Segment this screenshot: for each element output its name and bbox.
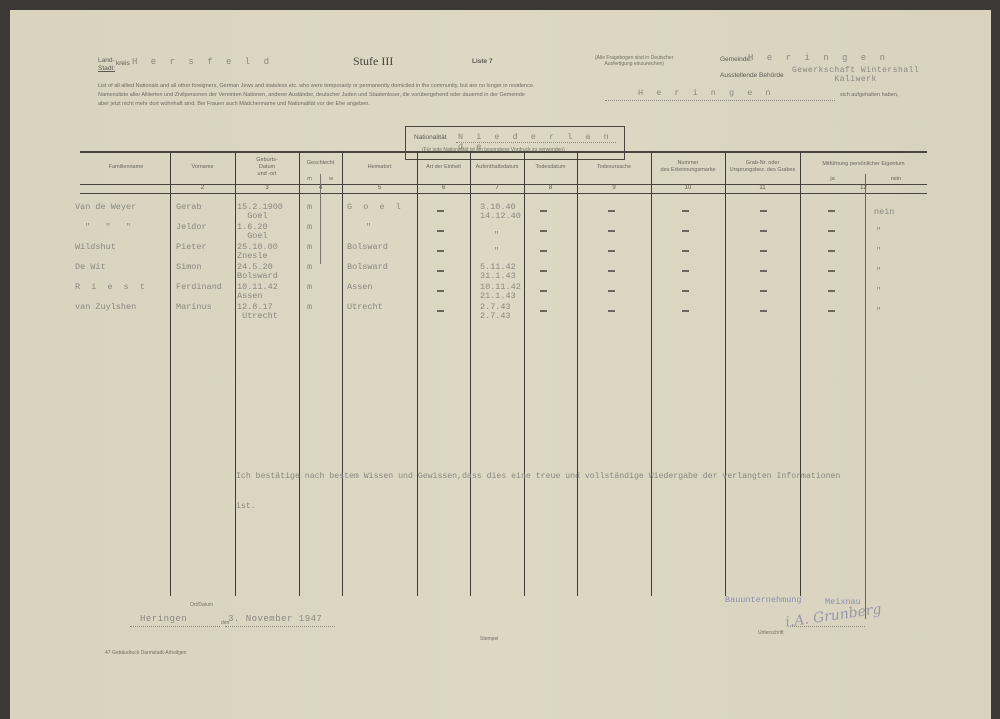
cell-geburt: 25.10.00 Znesle: [237, 243, 278, 261]
cell-heimatort: G o e l: [347, 203, 404, 212]
cell-familienname: R i e s t: [75, 283, 148, 292]
cell-geburt: 10.11.42 Assen: [237, 283, 278, 301]
unterschrift-label: Unterschrift: [758, 630, 784, 636]
cell-geschlecht: m: [307, 283, 312, 292]
cell-todesdatum-dash: [540, 230, 547, 232]
cell-erkennungsmarke-dash: [682, 210, 689, 212]
cell-geburt: 15.2.1900 Goel: [237, 203, 283, 221]
cell-erkennungsmarke-dash: [682, 310, 689, 312]
cell-grab-dash: [760, 230, 767, 232]
col-sub-w: w: [320, 176, 342, 183]
cell-todesursache-dash: [608, 310, 615, 312]
col-num: 4: [299, 185, 342, 191]
cell-eigentum-nein: ": [876, 227, 881, 236]
cell-vorname: Pieter: [176, 243, 207, 252]
printer-note: 47 Gebäudruck Darmstadt-Arheilgen: [105, 650, 186, 656]
col-header-vorname: Vorname: [170, 164, 235, 171]
cell-vorname: Gerab: [176, 203, 202, 212]
cell-grab-dash: [760, 250, 767, 252]
cell-einheit-dash: [437, 250, 444, 252]
col-header-geburt: Geburts- Datum und -ort: [235, 157, 299, 178]
cell-familienname: Van de Weyer: [75, 203, 136, 212]
date-line: [225, 626, 335, 627]
cell-einheit-dash: [437, 270, 444, 272]
cell-todesursache-dash: [608, 210, 615, 212]
col-num: 8: [524, 185, 577, 191]
cell-familienname: De Wit: [75, 263, 106, 272]
cell-geschlecht: m: [307, 243, 312, 252]
cell-eigentum-ja-dash: [828, 230, 835, 232]
cell-erkennungsmarke-dash: [682, 290, 689, 292]
cell-eigentum-nein: ": [876, 267, 881, 276]
cell-todesursache-dash: [608, 250, 615, 252]
col-header-grab: Grab-Nr. oder Ursprungsbez. des Grabes: [725, 160, 800, 174]
cell-geschlecht: m: [307, 263, 312, 272]
cell-vorname: Ferdinand: [176, 283, 222, 292]
cell-geburt: 1.6.20 Goel: [237, 223, 268, 241]
col-num: 5: [342, 185, 417, 191]
cell-einheit-dash: [437, 290, 444, 292]
cell-heimatort: ": [366, 223, 371, 232]
cell-grab-dash: [760, 310, 767, 312]
cell-todesdatum-dash: [540, 250, 547, 252]
cell-eigentum-nein: ": [876, 247, 881, 256]
ort-datum-label: Ort/Datum: [190, 602, 213, 608]
confirmation-statement: Ich bestätige nach bestem Wissen und Gew…: [236, 452, 840, 532]
cell-vorname: Jeldor: [176, 223, 207, 232]
cell-familienname: van Zuylshen: [75, 303, 136, 312]
cell-geschlecht: m: [307, 303, 312, 312]
cell-einheit-dash: [437, 210, 444, 212]
cell-eigentum-ja-dash: [828, 210, 835, 212]
col-num: 9: [577, 185, 651, 191]
col-sub-m: m: [299, 176, 320, 183]
cell-eigentum-nein: ": [876, 307, 881, 316]
cell-aufenthalt: 3.10.40 14.12.40: [480, 203, 521, 221]
cell-heimatort: Assen: [347, 283, 373, 292]
col-num: 7: [470, 185, 524, 191]
cell-heimatort: Bolsward: [347, 243, 388, 252]
cell-vorname: Simon: [176, 263, 202, 272]
cell-einheit-dash: [437, 310, 444, 312]
col-header-aufenthalt: Aufenthaltsdatum: [470, 164, 524, 171]
col-divider: [170, 151, 171, 596]
cell-geschlecht: m: [307, 223, 312, 232]
cell-geburt: 12.8.17 Utrecht: [237, 303, 278, 321]
cell-geburt: 24.5.20 Bolsward: [237, 263, 278, 281]
cell-heimatort: Bolsward: [347, 263, 388, 272]
ort-value: Heringen: [140, 614, 187, 624]
cell-todesdatum-dash: [540, 310, 547, 312]
cell-erkennungsmarke-dash: [682, 270, 689, 272]
cell-familienname: " " ": [85, 223, 131, 232]
cell-vorname: Marinus: [176, 303, 212, 312]
cell-aufenthalt: 5.11.42 31.1.43: [480, 263, 516, 281]
company-stamp-left: Bauunternehmung: [725, 595, 802, 605]
cell-grab-dash: [760, 290, 767, 292]
ort-line: [130, 626, 220, 627]
col-num: 11: [725, 185, 800, 191]
cell-aufenthalt: ": [494, 247, 499, 256]
col-header-eigentum: Mitführung persönlicher Eigentum: [800, 161, 927, 168]
cell-eigentum-ja-dash: [828, 270, 835, 272]
document-page: Land- Stadt: kreis H e r s f e l d Stufe…: [10, 10, 991, 719]
cell-erkennungsmarke-dash: [682, 250, 689, 252]
col-header-todesdatum: Todesdatum: [524, 164, 577, 171]
cell-todesursache-dash: [608, 230, 615, 232]
cell-todesursache-dash: [608, 270, 615, 272]
confirmation-line1: Ich bestätige nach bestem Wissen und Gew…: [236, 472, 840, 482]
cell-eigentum-ja-dash: [828, 250, 835, 252]
cell-todesdatum-dash: [540, 290, 547, 292]
col-header-erkennungsmarke: Nummer des Erkennungsmarke: [651, 160, 725, 174]
cell-einheit-dash: [437, 230, 444, 232]
col-header-einheit: Art der Einheit: [417, 164, 470, 171]
col-header-familienname: Familienname: [82, 164, 170, 171]
cell-eigentum-ja-dash: [828, 310, 835, 312]
cell-todesursache-dash: [608, 290, 615, 292]
col-header-heimatort: Heimatort: [342, 164, 417, 171]
col-header-todesursache: Todesursache: [577, 164, 651, 171]
cell-familienname: Wildshut: [75, 243, 116, 252]
col-header-geschlecht: Geschlecht: [299, 160, 342, 167]
date-value: 3. November 1947: [228, 614, 322, 624]
confirmation-line2: ist.: [236, 502, 840, 512]
cell-aufenthalt: 10.11.42 21.1.43: [480, 283, 521, 301]
col-divider-eigentum: [865, 174, 866, 619]
col-sub-ja: ja: [800, 176, 865, 183]
stempel-label: Stempel: [480, 636, 498, 642]
col-num: 10: [651, 185, 725, 191]
cell-eigentum-nein: ": [876, 287, 881, 296]
cell-todesdatum-dash: [540, 270, 547, 272]
cell-eigentum-nein: nein: [874, 208, 894, 217]
col-sub-nein: nein: [865, 176, 927, 183]
cell-grab-dash: [760, 270, 767, 272]
cell-aufenthalt: 2.7.43 2.7.43: [480, 303, 511, 321]
signature-line: [790, 626, 865, 627]
cell-geschlecht: m: [307, 203, 312, 212]
cell-heimatort: Utrecht: [347, 303, 383, 312]
cell-aufenthalt: ": [494, 231, 499, 240]
col-num: 2: [170, 185, 235, 191]
col-num: 12: [800, 185, 927, 191]
col-num: 3: [235, 185, 299, 191]
cell-todesdatum-dash: [540, 210, 547, 212]
col-num: 6: [417, 185, 470, 191]
cell-erkennungsmarke-dash: [682, 230, 689, 232]
cell-grab-dash: [760, 210, 767, 212]
cell-eigentum-ja-dash: [828, 290, 835, 292]
